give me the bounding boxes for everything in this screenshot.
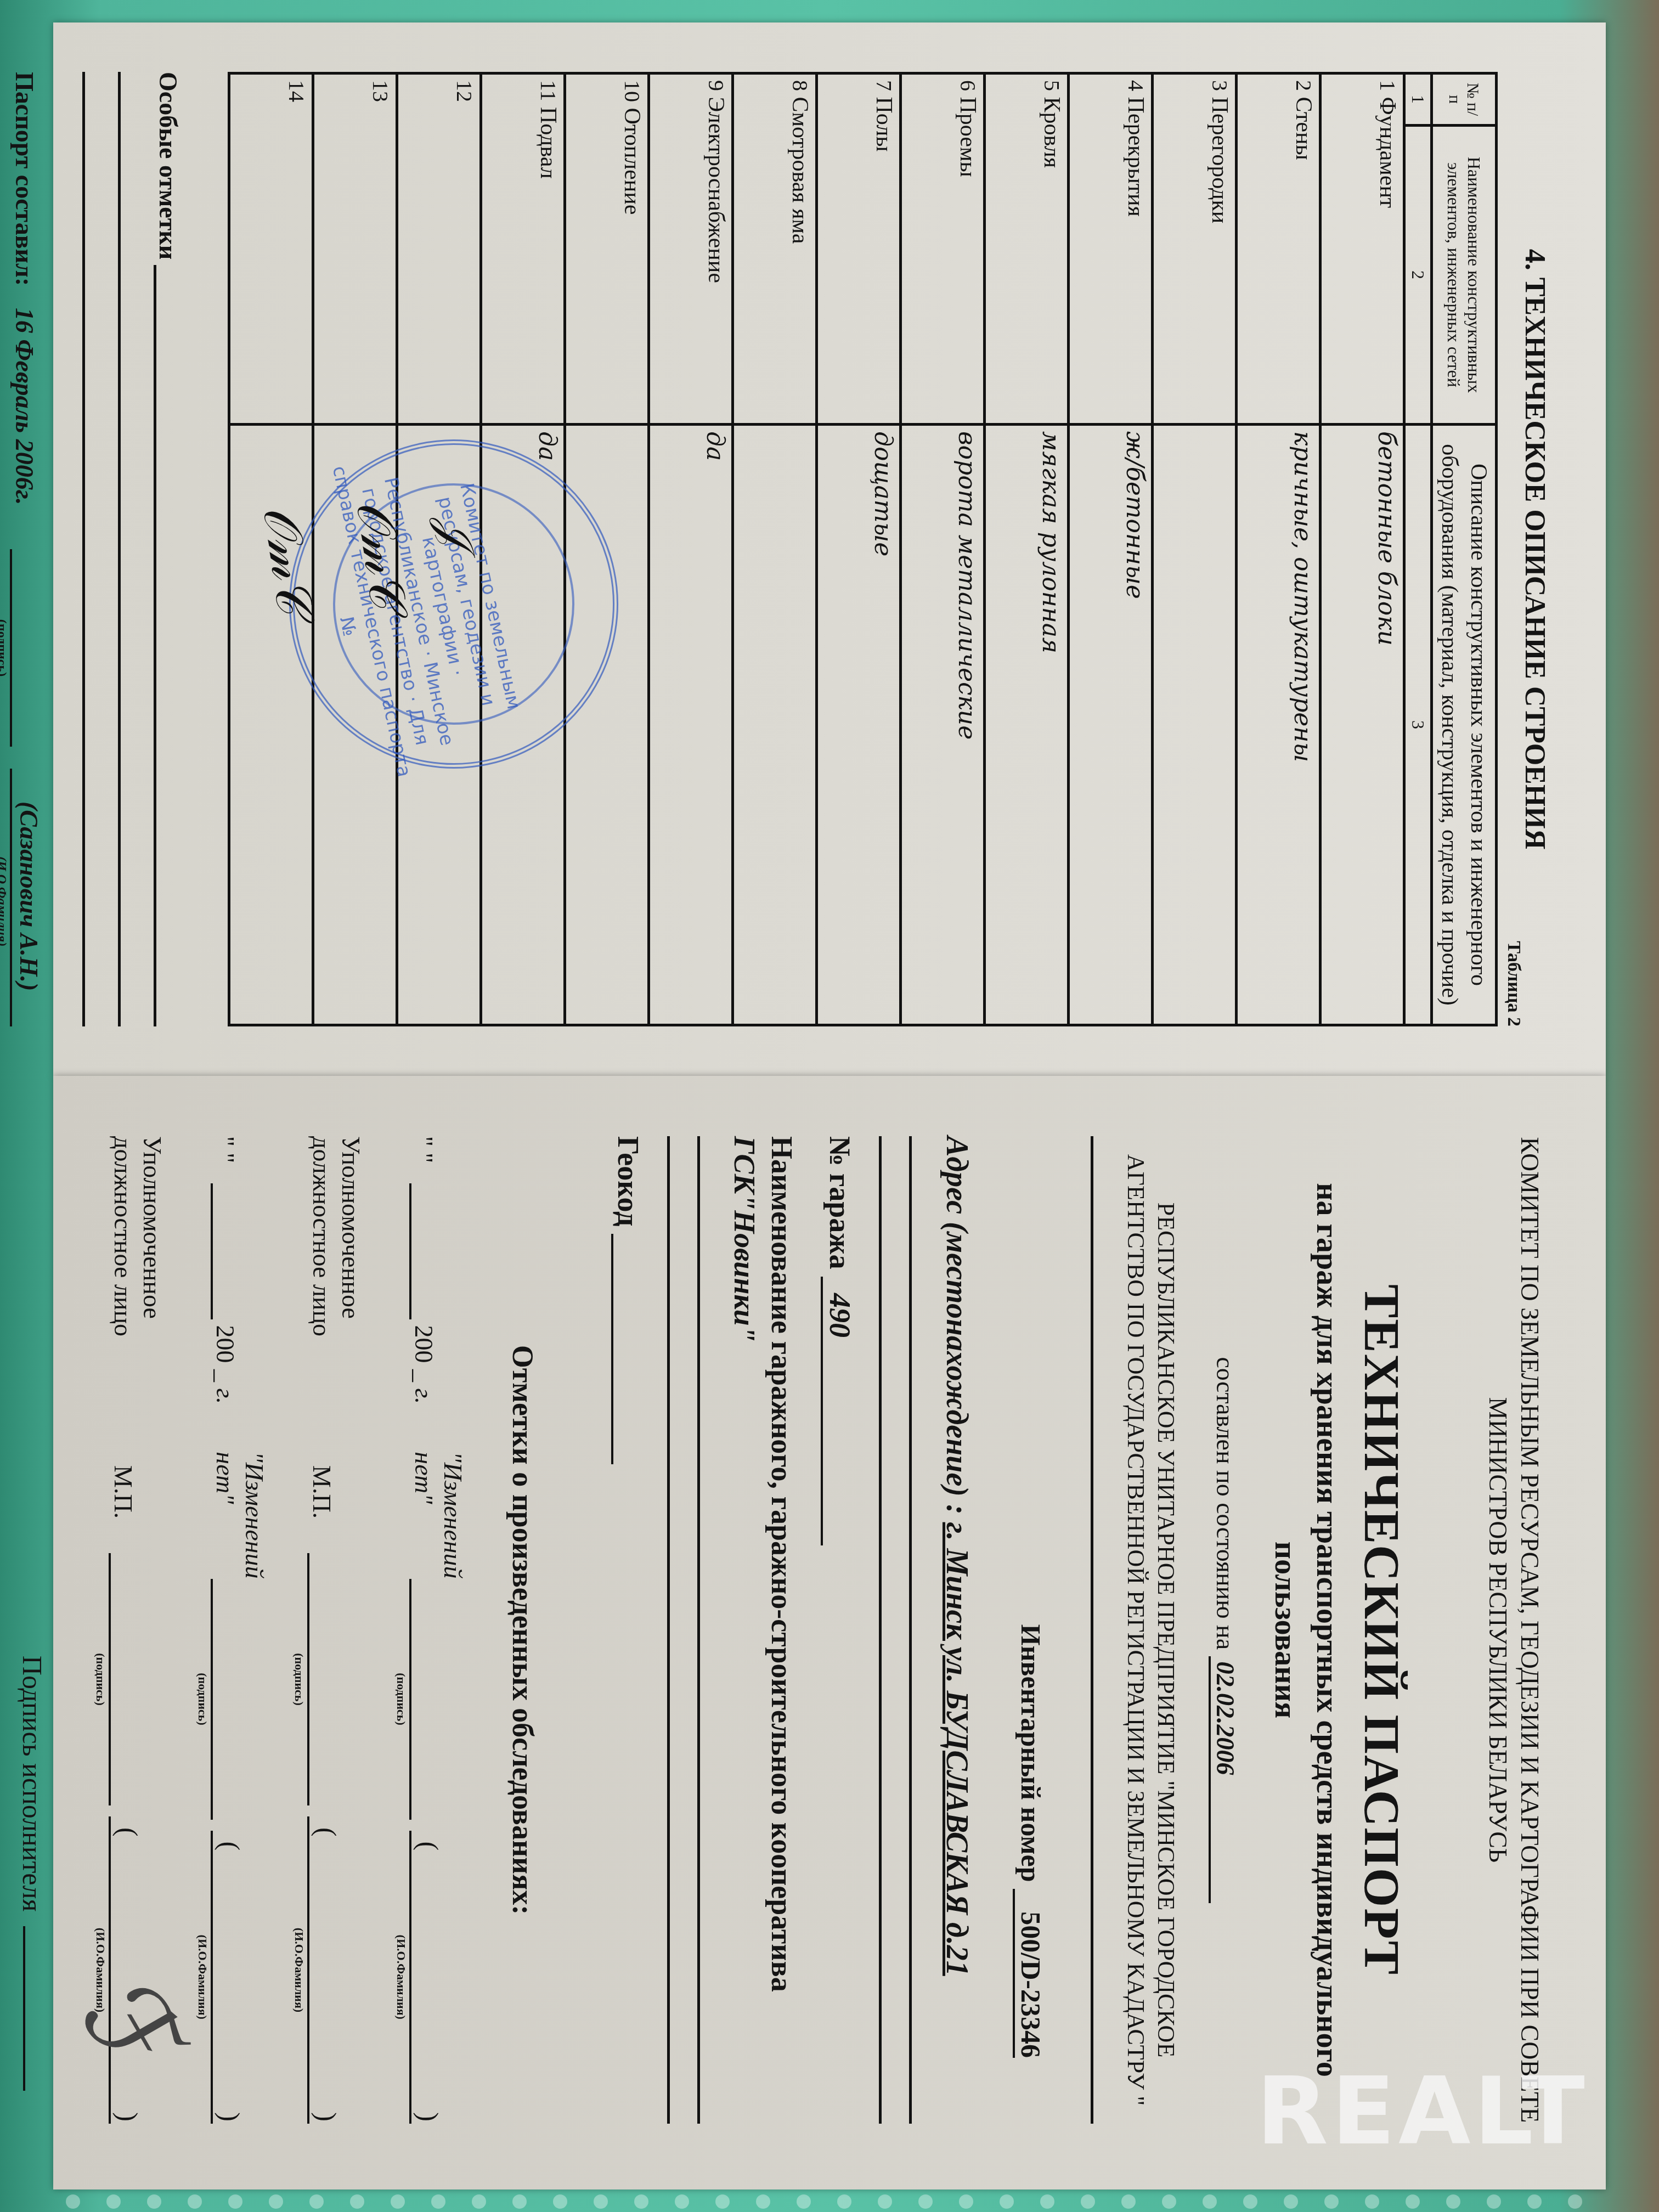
punch-hole	[756, 2194, 770, 2209]
inspection-name-line: ()(И.О.Фамилия)	[211, 1831, 242, 2124]
header-no: № п/п	[1432, 74, 1497, 126]
inspection-note: "Изменений нет"	[211, 1452, 269, 1578]
ministry-header: КОМИТЕТ ПО ЗЕМЕЛЬНЫМ РЕСУРСАМ, ГЕОДЕЗИИ …	[1482, 1136, 1545, 2124]
address-label: Адрес (местонахождение) :	[940, 1136, 974, 1515]
element-description: да	[649, 425, 733, 1025]
punch-hole	[553, 2194, 567, 2209]
address-row: Адрес (местонахождение) : г. Минск ул. Б…	[939, 1136, 974, 2124]
table-row: 7 Полыдощатые	[817, 74, 901, 1025]
page-cover: КОМИТЕТ ПО ЗЕМЕЛЬНЫМ РЕСУРСАМ, ГЕОДЕЗИИ …	[53, 1076, 1606, 2190]
remarks-line	[118, 72, 154, 1026]
name-caption: (И.О.Фамилия)	[0, 856, 9, 1026]
element-description: кричные, оштукатурены	[1237, 425, 1321, 1025]
cooperative-line	[697, 1136, 722, 2124]
element-name: 7 Полы	[817, 74, 901, 425]
compiled-by-row: Паспорт составил: 16 Февраль 2006г. (под…	[10, 72, 44, 1026]
punch-hole	[1284, 2194, 1298, 2209]
remarks-line	[154, 265, 189, 1026]
geocode-label: Геокод	[612, 1136, 645, 1226]
element-name: 8 Смотровая яма	[733, 74, 817, 425]
punch-hole	[634, 2194, 648, 2209]
official-signature-line: (подпись)	[307, 1553, 339, 1805]
punch-hole	[106, 2194, 121, 2209]
punch-hole	[147, 2194, 161, 2209]
element-description: ворота металлические	[901, 425, 985, 1025]
column-number: 1	[1404, 74, 1432, 126]
element-name: 1 Фундамент	[1321, 74, 1404, 425]
compiled-date: 16 Февраль 2006г.	[10, 308, 39, 538]
address-line	[909, 1136, 934, 2124]
punch-hole	[1203, 2194, 1217, 2209]
special-remarks: Особые отметки	[82, 72, 189, 1026]
row-number: 3	[1207, 80, 1232, 91]
row-number: 13	[368, 80, 393, 102]
inventory-number: 500/D-23346	[1013, 1889, 1047, 2058]
element-name: 11 Подвал	[481, 74, 565, 425]
document-title: ТЕХНИЧЕСКИЙ ПАСПОРТ	[1353, 1136, 1411, 2124]
as-of-date: 02.02.2006	[1209, 1656, 1240, 1903]
official-label: Уполномоченное должностное лицо	[109, 1136, 167, 1465]
table-row: 4 Перекрытияж/бетонные	[1069, 74, 1153, 1025]
seal-label: М.П.	[109, 1465, 138, 1553]
element-name: 14	[229, 74, 313, 425]
punch-hole	[66, 2194, 80, 2209]
seal-label: М.П.	[307, 1465, 336, 1553]
as-of-label: составлен по состоянию на	[1211, 1357, 1239, 1650]
compiled-name-line: (Сазанович А.Н.) (И.О.Фамилия)	[10, 769, 44, 1026]
cooperative-label: Наименование гаражного, гаражно-строител…	[765, 1136, 799, 2124]
row-number: 11	[536, 80, 561, 101]
row-number: 4	[1124, 80, 1148, 91]
row-number: 6	[956, 80, 980, 91]
executor-signature-line	[23, 1926, 25, 2091]
punch-hole	[1162, 2194, 1176, 2209]
inspection-signature-line: (подпись)	[211, 1579, 242, 1820]
table-row: 9 Электроснабжениеда	[649, 74, 733, 1025]
geocode-value	[611, 1234, 641, 1464]
official-signature-line: (подпись)	[109, 1553, 140, 1805]
table-row: 8 Смотровая яма	[733, 74, 817, 1025]
punch-hole	[1487, 2194, 1501, 2209]
inspection-month-line	[211, 1183, 213, 1319]
inspection-row: " "200 _ г."Изменений нет"(подпись)()(И.…	[211, 1136, 269, 2124]
punch-hole	[1527, 2194, 1542, 2209]
executor-signature-row: Подпись исполнителя	[16, 1136, 48, 2091]
inspection-row: " "200 _ г."Изменений нет"(подпись)()(И.…	[409, 1136, 467, 2124]
punch-hole	[188, 2194, 202, 2209]
element-name: 12	[397, 74, 481, 425]
header-description: Описание конструктивных элементов и инже…	[1432, 425, 1497, 1025]
document-subtitle: на гараж для хранения транспортных средс…	[1265, 1136, 1347, 2124]
remarks-line	[82, 72, 118, 1026]
table-row: 2 Стеныкричные, оштукатурены	[1237, 74, 1321, 1025]
table-row: 5 Кровлямягкая рулонная	[985, 74, 1069, 1025]
garage-number: 490	[821, 1277, 857, 1545]
geocode-row: Геокод	[611, 1136, 645, 2124]
punch-hole	[1446, 2194, 1460, 2209]
inspections-title: Отметки о произведенных обследованиях:	[506, 1136, 540, 2124]
address-line	[879, 1136, 904, 2124]
element-description	[1153, 425, 1237, 1025]
divider-line	[1091, 1136, 1115, 2124]
garage-number-label: № гаража	[823, 1136, 856, 1269]
realt-watermark: REALT	[1256, 2057, 1588, 2166]
element-description: ж/бетонные	[1069, 425, 1153, 1025]
signature-block: Паспорт составил: 16 Февраль 2006г. (под…	[0, 72, 44, 1026]
table-row: 3 Перегородки	[1153, 74, 1237, 1025]
row-number: 12	[452, 80, 477, 102]
row-number: 2	[1291, 80, 1316, 91]
compiled-by-label: Паспорт составил:	[10, 72, 39, 308]
row-number: 1	[1375, 80, 1400, 91]
punch-hole	[1243, 2194, 1257, 2209]
cooperative-name: ГСК"Новинки"	[727, 1136, 761, 2124]
row-number: 9	[704, 80, 729, 91]
punch-hole	[675, 2194, 689, 2209]
punch-hole	[1568, 2194, 1582, 2209]
table-row: 6 Проемыворота металлические	[901, 74, 985, 1025]
inspection-note: "Изменений нет"	[409, 1452, 467, 1578]
element-name: 5 Кровля	[985, 74, 1069, 425]
row-number: 14	[284, 80, 309, 102]
element-name: 10 Отопление	[565, 74, 649, 425]
special-remarks-label: Особые отметки	[154, 72, 183, 259]
element-description: бетонные блоки	[1321, 425, 1404, 1025]
row-number: 7	[872, 80, 896, 91]
element-description: мягкая рулонная	[985, 425, 1069, 1025]
page-technical-description: 4. ТЕХНИЧЕСКОЕ ОПИСАНИЕ СТРОЕНИЯ Таблица…	[53, 22, 1606, 1076]
element-name: 9 Электроснабжение	[649, 74, 733, 425]
header-name: Наименование конструктивных элементов, и…	[1432, 126, 1497, 425]
element-name: 3 Перегородки	[1153, 74, 1237, 425]
row-number: 10	[620, 80, 645, 102]
cooperative-line	[667, 1136, 692, 2124]
element-description	[733, 425, 817, 1025]
punch-hole	[1324, 2194, 1339, 2209]
official-label: Уполномоченное должностное лицо	[307, 1136, 365, 1465]
element-name: 4 Перекрытия	[1069, 74, 1153, 425]
punch-hole	[228, 2194, 242, 2209]
punch-hole	[1000, 2194, 1014, 2209]
punch-hole	[837, 2194, 851, 2209]
punch-hole	[1365, 2194, 1379, 2209]
technical-passport-sheet: 4. ТЕХНИЧЕСКОЕ ОПИСАНИЕ СТРОЕНИЯ Таблица…	[53, 22, 1606, 2190]
agency-name: РЕСПУБЛИКАНСКОЕ УНИТАРНОЕ ПРЕДПРИЯТИЕ "М…	[1121, 1136, 1181, 2124]
punch-hole	[309, 2194, 324, 2209]
punch-hole	[1406, 2194, 1420, 2209]
element-name: 6 Проемы	[901, 74, 985, 425]
punch-hole	[1121, 2194, 1136, 2209]
official-name-line: ()(И.О.Фамилия)	[307, 1816, 339, 2124]
punch-hole	[878, 2194, 892, 2209]
signature-caption: (подпись)	[0, 549, 9, 747]
punch-hole	[715, 2194, 730, 2209]
table-row: 1 Фундаментбетонные блоки	[1321, 74, 1404, 1025]
punch-hole	[512, 2194, 527, 2209]
punch-hole	[391, 2194, 405, 2209]
address-value: г. Минск ул. БУДСЛАВСКАЯ д.21	[940, 1522, 974, 1976]
inspection-month-line	[409, 1183, 411, 1319]
punch-hole	[472, 2194, 486, 2209]
punch-hole	[594, 2194, 608, 2209]
element-name: 13	[313, 74, 397, 425]
punch-hole	[1040, 2194, 1054, 2209]
as-of-date-row: составлен по состоянию на 02.02.2006	[1209, 1136, 1240, 2124]
inspection-name-line: ()(И.О.Фамилия)	[409, 1831, 441, 2124]
inspection-signature-line: (подпись)	[409, 1579, 441, 1820]
row-number: 8	[788, 80, 812, 91]
compiled-signature-line: (подпись)	[10, 549, 44, 747]
punch-hole	[797, 2194, 811, 2209]
executor-label: Подпись исполнителя	[17, 1656, 48, 1912]
punch-hole	[1081, 2194, 1095, 2209]
compiled-name: (Сазанович А.Н.)	[14, 802, 43, 991]
garage-number-row: № гаража 490	[821, 1136, 857, 2124]
inventory-label: Инвентарный номер	[1015, 1624, 1046, 1882]
punch-hole	[350, 2194, 364, 2209]
inventory-number-row: Инвентарный номер 500/D-23346	[1013, 1136, 1047, 2058]
element-name: 2 Стены	[1237, 74, 1321, 425]
column-number: 3	[1404, 425, 1432, 1025]
punch-hole	[959, 2194, 973, 2209]
row-number: 5	[1040, 80, 1064, 91]
column-number: 2	[1404, 126, 1432, 425]
punch-hole	[431, 2194, 445, 2209]
element-description: дощатые	[817, 425, 901, 1025]
inspection-official-row: Уполномоченное должностное лицоМ.П.(подп…	[307, 1136, 365, 2124]
punch-hole	[918, 2194, 933, 2209]
punch-hole	[269, 2194, 283, 2209]
